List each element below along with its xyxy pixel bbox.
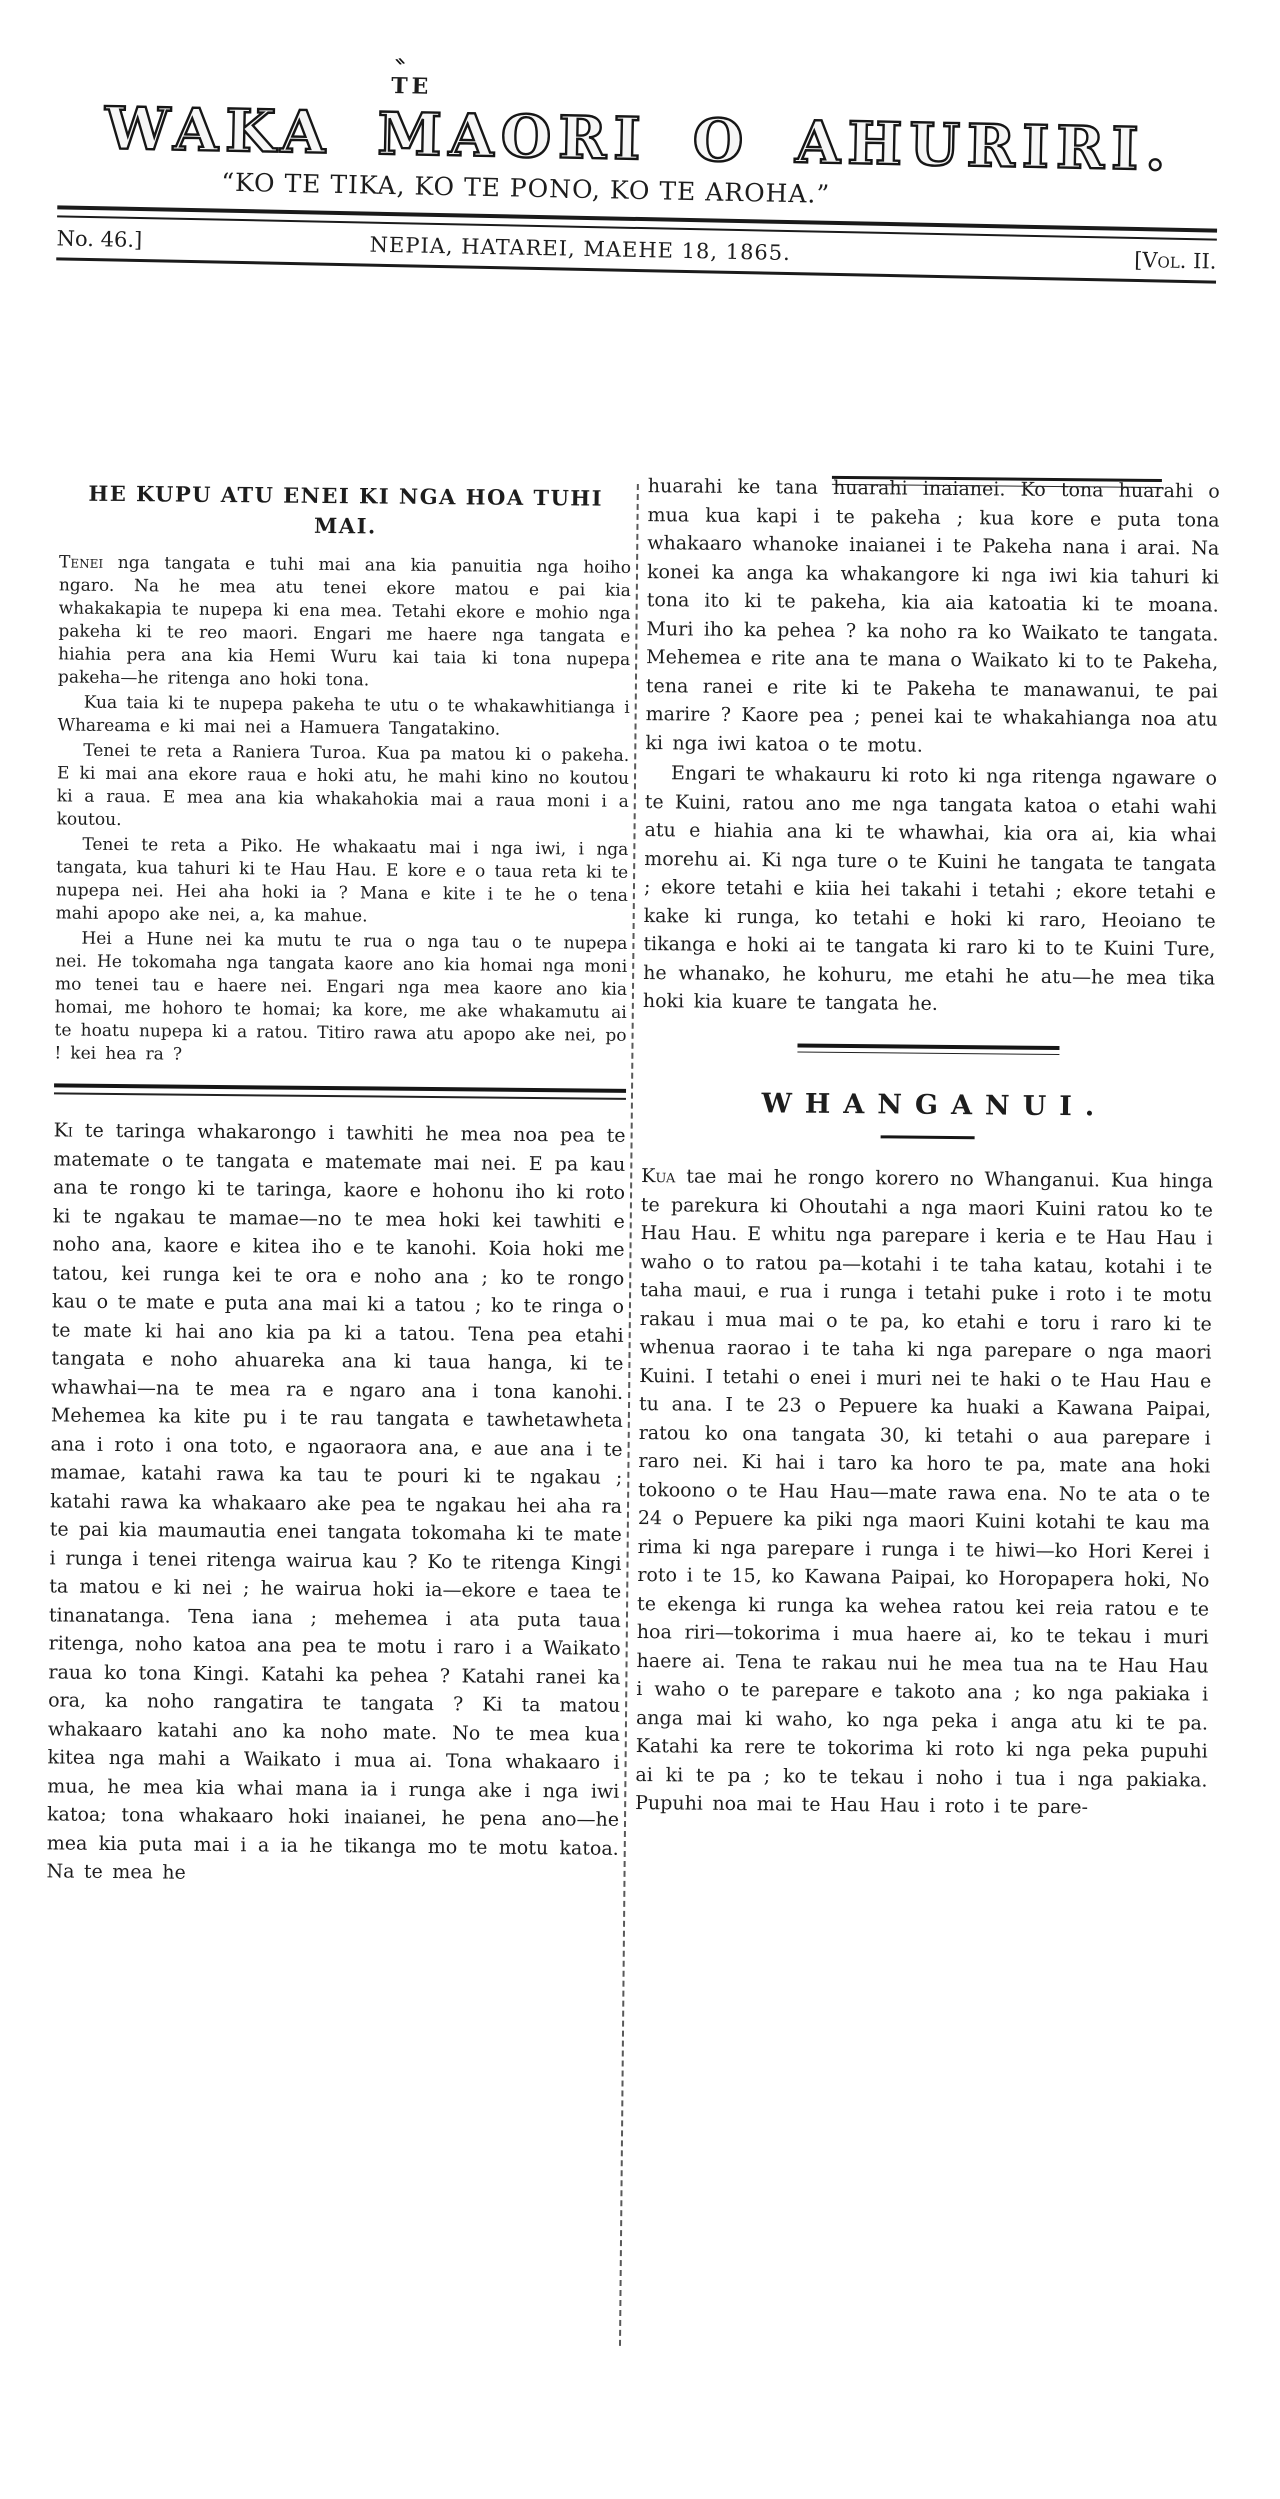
article-whanganui: WHANGANUI. Kua tae mai he rongo korero n… xyxy=(635,1087,1214,1823)
article-separator-rule xyxy=(54,1083,626,1100)
rule-line xyxy=(54,1083,626,1093)
ink-smudge-mark: ⸗ xyxy=(388,54,415,68)
paragraph: Tenei te reta a Piko. He whakaatu mai i … xyxy=(56,833,629,930)
issue-number: No. 46.] xyxy=(56,226,142,252)
rule-line xyxy=(54,1093,626,1100)
volume-number: [Vol. II. xyxy=(1134,248,1217,274)
article-heading: HE KUPU ATU ENEI KI NGA HOA TUHI MAI. xyxy=(59,478,632,544)
page-columns: HE KUPU ATU ENEI KI NGA HOA TUHI MAI. Te… xyxy=(60,464,1220,475)
paragraph: Engari te whakauru ki roto ki nga riteng… xyxy=(643,759,1217,1021)
paragraph: Kua taia ki te nupepa pakeha te utu o te… xyxy=(57,691,629,742)
rule-line xyxy=(797,1043,1059,1050)
article-editorial: Ki te taringa whakarongo i tawhiti he me… xyxy=(46,1117,625,1892)
article-notice-to-correspondents: HE KUPU ATU ENEI KI NGA HOA TUHI MAI. Te… xyxy=(54,478,632,1070)
article-separator-rule xyxy=(797,1043,1059,1055)
paragraph: huarahi ke tana huarahi inaianei. Ko ton… xyxy=(645,472,1220,762)
dateline: NEPIA, HATAREI, MAEHE 18, 1865. xyxy=(369,233,791,265)
paragraph: Ki te taringa whakarongo i tawhiti he me… xyxy=(46,1117,625,1892)
paragraph: Hei a Hune nei ka mutu te rua o nga tau … xyxy=(54,927,627,1070)
right-column: huarahi ke tana huarahi inaianei. Ko ton… xyxy=(635,470,1220,1825)
left-column: HE KUPU ATU ENEI KI NGA HOA TUHI MAI. Te… xyxy=(46,464,632,1893)
rule-line xyxy=(797,1051,1059,1055)
heading-line: HE KUPU ATU ENEI KI NGA HOA TUHI xyxy=(88,481,603,511)
paragraph: Tenei nga tangata e tuhi mai ana kia pan… xyxy=(58,551,631,694)
heading-underline-rule xyxy=(881,1136,975,1140)
masthead: TE WAKA MAORI O AHURIRI. “KO TE TIKA, KO… xyxy=(56,66,1220,283)
heading-line: MAI. xyxy=(314,513,377,539)
paragraph: Tenei te reta a Raniera Turoa. Kua pa ma… xyxy=(57,739,630,836)
paragraph: Kua tae mai he rongo korero no Whanganui… xyxy=(635,1162,1213,1823)
article-heading: WHANGANUI. xyxy=(642,1087,1214,1125)
article-editorial-continuation: huarahi ke tana huarahi inaianei. Ko ton… xyxy=(643,472,1220,1021)
newspaper-page: ⸗ TE WAKA MAORI O AHURIRI. “KO TE TIKA, … xyxy=(0,0,1280,2499)
